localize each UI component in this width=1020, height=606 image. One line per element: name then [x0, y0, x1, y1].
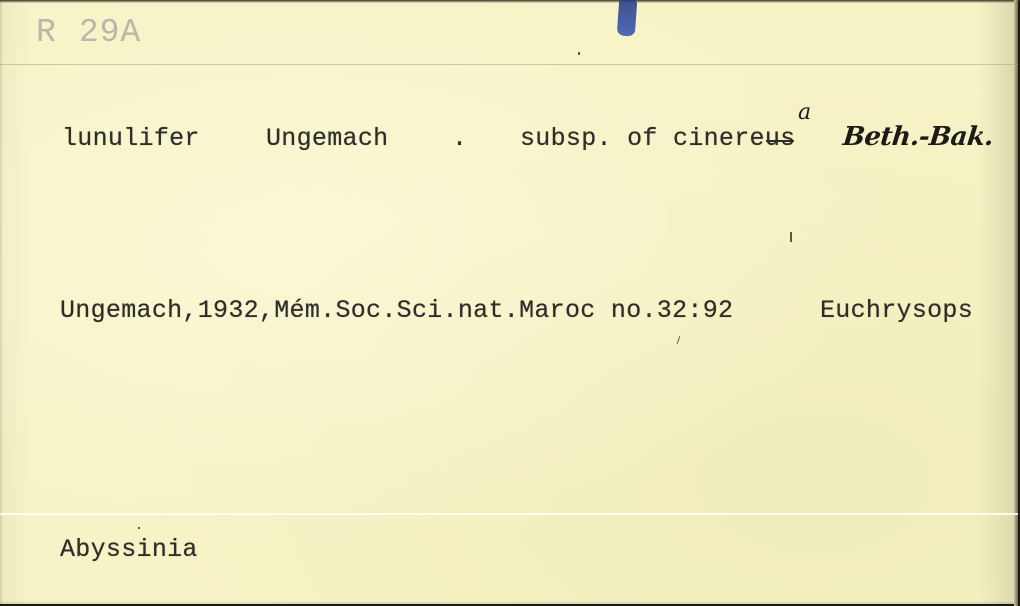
lower-fold-line	[0, 513, 1018, 515]
species-name: lunulifer	[62, 124, 200, 153]
call-number: R29A	[36, 14, 141, 51]
struck-ending: us	[765, 124, 796, 153]
call-number-value: 29A	[79, 14, 141, 51]
ink-speck	[578, 52, 580, 55]
separator-dot: .	[452, 124, 467, 153]
handwritten-correction: a	[798, 100, 811, 125]
relation-text: subsp. of cinere	[520, 124, 765, 153]
call-number-prefix: R	[36, 14, 57, 51]
ink-speck	[790, 232, 792, 242]
locality: Abyssinia	[60, 535, 198, 564]
card-top-shadow	[0, 0, 1020, 3]
ink-speck	[677, 336, 681, 344]
ink-speck	[138, 527, 140, 529]
genus: Euchrysops	[820, 296, 973, 325]
index-card: R29A lunulifer Ungemach . subsp. of cine…	[0, 0, 1018, 604]
blue-pin-mark	[617, 0, 637, 37]
handwritten-author: Beth.-Bak.	[841, 122, 994, 152]
citation: Ungemach,1932,Mém.Soc.Sci.nat.Maroc no.3…	[60, 296, 733, 325]
header-rule	[0, 64, 1018, 65]
subspecies-relation: subsp. of cinereus	[520, 124, 795, 153]
card-right-edge	[1014, 0, 1018, 606]
species-author: Ungemach	[266, 124, 388, 153]
